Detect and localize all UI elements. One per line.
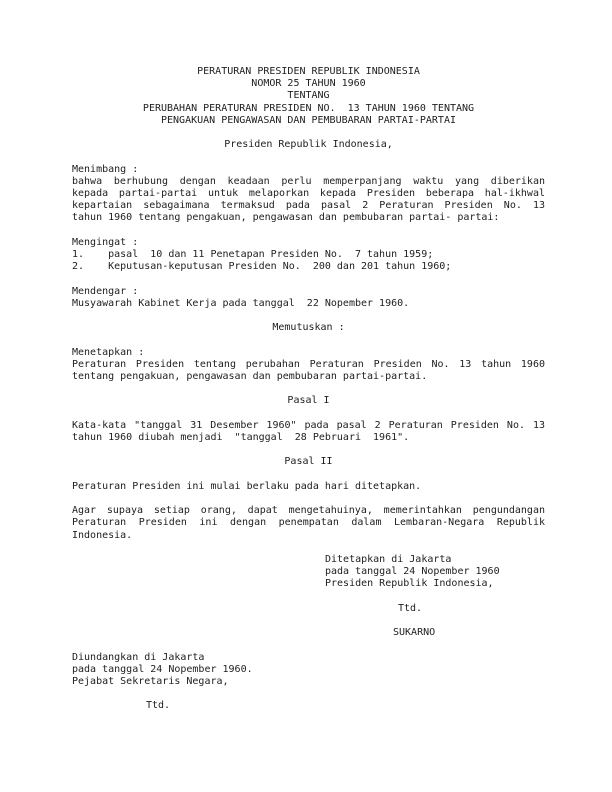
text-line: Ttd. [72, 700, 545, 712]
document-page: PERATURAN PRESIDEN REPUBLIK INDONESIANOM… [0, 0, 612, 792]
text-line: Peraturan Presiden tentang perubahan Per… [72, 359, 545, 371]
text-line: Mendengar : [72, 286, 545, 298]
text-line: TENTANG [72, 90, 545, 102]
text-line: pada tanggal 24 Nopember 1960. [72, 664, 545, 676]
text-line: kepartaian sebagaimana termaksud pada pa… [72, 200, 545, 212]
blank-line [72, 591, 545, 603]
text-line: Presiden Republik Indonesia, [72, 578, 545, 590]
text-line: Peraturan Presiden ini mulai berlaku pad… [72, 481, 545, 493]
text-line: 1. pasal 10 dan 11 Penetapan Presiden No… [72, 249, 545, 261]
text-line: SUKARNO [72, 627, 545, 639]
blank-line [72, 444, 545, 456]
blank-line [72, 639, 545, 651]
text-line: Indonesia. [72, 530, 545, 542]
blank-line [72, 273, 545, 285]
text-line: Pejabat Sekretaris Negara, [72, 676, 545, 688]
blank-line [72, 615, 545, 627]
text-line: Peraturan Presiden ini dengan penempatan… [72, 517, 545, 529]
text-line: NOMOR 25 TAHUN 1960 [72, 78, 545, 90]
text-line: Pasal II [72, 456, 545, 468]
text-line: Memutuskan : [72, 322, 545, 334]
blank-line [72, 334, 545, 346]
text-line: PERUBAHAN PERATURAN PRESIDEN NO. 13 TAHU… [72, 103, 545, 115]
blank-line [72, 469, 545, 481]
text-line: Presiden Republik Indonesia, [72, 139, 545, 151]
text-line: Ttd. [72, 603, 545, 615]
blank-line [72, 542, 545, 554]
text-line: Musyawarah Kabinet Kerja pada tanggal 22… [72, 298, 545, 310]
text-line: Menimbang : [72, 164, 545, 176]
blank-line [72, 688, 545, 700]
blank-line [72, 383, 545, 395]
text-line: PENGAKUAN PENGAWASAN DAN PEMBUBARAN PART… [72, 115, 545, 127]
blank-line [72, 408, 545, 420]
blank-line [72, 493, 545, 505]
text-line: bahwa berhubung dengan keadaan perlu mem… [72, 176, 545, 188]
text-line: tahun 1960 diubah menjadi "tanggal 28 Pe… [72, 432, 545, 444]
blank-line [72, 225, 545, 237]
text-line: tahun 1960 tentang pengakuan, pengawasan… [72, 212, 545, 224]
text-line: tentang pengakuan, pengawasan dan pembub… [72, 371, 545, 383]
text-line: Pasal I [72, 395, 545, 407]
blank-line [72, 310, 545, 322]
text-line: Kata-kata "tanggal 31 Desember 1960" pad… [72, 420, 545, 432]
text-line: 2. Keputusan-keputusan Presiden No. 200 … [72, 261, 545, 273]
text-line: Agar supaya setiap orang, dapat mengetah… [72, 505, 545, 517]
text-line: PERATURAN PRESIDEN REPUBLIK INDONESIA [72, 66, 545, 78]
blank-line [72, 151, 545, 163]
text-line: Menetapkan : [72, 347, 545, 359]
document-body: PERATURAN PRESIDEN REPUBLIK INDONESIANOM… [72, 66, 545, 713]
text-line: pada tanggal 24 Nopember 1960 [72, 566, 545, 578]
text-line: Mengingat : [72, 237, 545, 249]
blank-line [72, 127, 545, 139]
text-line: kepada partai-partai untuk melaporkan ke… [72, 188, 545, 200]
text-line: Diundangkan di Jakarta [72, 652, 545, 664]
text-line: Ditetapkan di Jakarta [72, 554, 545, 566]
